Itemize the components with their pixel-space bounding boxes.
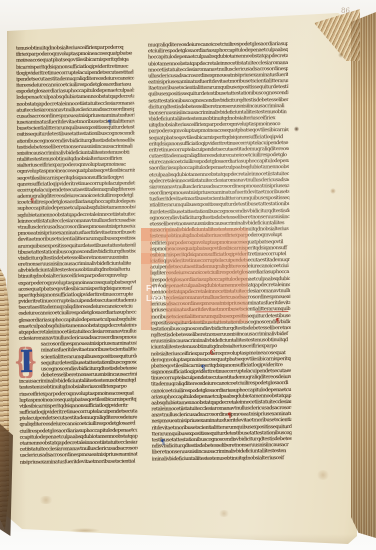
pilcrow-mark: ¶ xyxy=(30,198,34,204)
pilcrow-mark: ¶ xyxy=(201,364,206,371)
pilcrow-mark: ¶ xyxy=(161,438,166,445)
pilcrow-mark: ¶ xyxy=(275,317,280,324)
pilcrow-mark: ¶ xyxy=(107,119,112,126)
text-column-right: mu qr aliqd iter eos de iure canoico et … xyxy=(148,41,292,462)
pilcrow-mark: ¶ xyxy=(227,412,232,419)
folio-number: 86 xyxy=(341,7,350,15)
rubrication-marks: ¶¶¶C¶¶¶ xyxy=(0,0,373,2)
text-block: tenus obtinuit qd nob si alterius ce i f… xyxy=(0,0,376,550)
pilcrow-mark: C xyxy=(210,349,216,356)
text-line: nisi prius examinatus fuerit de vita et … xyxy=(20,458,138,465)
manuscript-photo: tenus obtinuit qd nob si alterius ce i f… xyxy=(0,0,376,550)
text-line: iminali vbi deficiunt alii testes tenus … xyxy=(152,455,292,463)
initial-letter: I xyxy=(20,344,34,380)
illuminated-initial: { } I xyxy=(13,343,41,381)
text-column-left: tenus obtinuit qd nob si alterius ce i f… xyxy=(16,45,138,466)
